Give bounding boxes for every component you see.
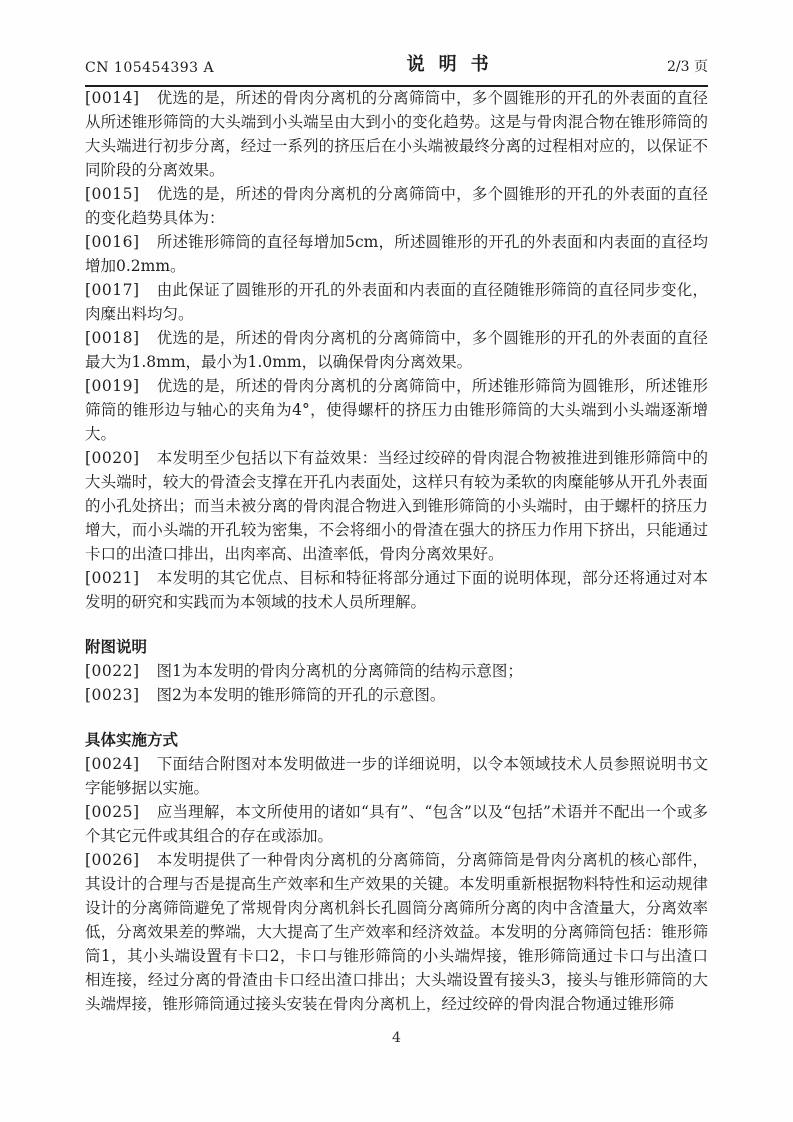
document-title: 说明书 <box>393 50 503 76</box>
paragraph-text: 优选的是，所述的骨肉分离机的分离筛筒中，所述锥形筛筒为圆锥形，所述锥形筛筒的锥形… <box>85 377 708 443</box>
paragraph-number: [0018] <box>85 326 140 350</box>
numbered-paragraph: [0025]应当理解，本文所使用的诸如“具有”、“包含”以及“包括”术语并不配出… <box>85 800 708 848</box>
paragraph-text: 图1为本发明的骨肉分离机的分离筛筒的结构示意图； <box>157 662 523 680</box>
numbered-paragraph: [0014]优选的是，所述的骨肉分离机的分离筛筒中，多个圆锥形的开孔的外表面的直… <box>85 86 708 182</box>
numbered-paragraph: [0015]优选的是，所述的骨肉分离机的分离筛筒中，多个圆锥形的开孔的外表面的直… <box>85 182 708 230</box>
paragraph-number: [0014] <box>85 86 140 110</box>
page-header: CN 105454393 A 说明书 2/3 页 <box>85 50 708 87</box>
paragraph-number: [0025] <box>85 800 140 824</box>
numbered-paragraph: [0020]本发明至少包括以下有益效果：当经过绞碎的骨肉混合物被推进到锥形筛筒中… <box>85 446 708 566</box>
paragraph-number: [0024] <box>85 752 140 776</box>
paragraph-text: 由此保证了圆锥形的开孔的外表面和内表面的直径随锥形筛筒的直径同步变化，肉糜出料均… <box>85 281 708 323</box>
paragraph-number: [0021] <box>85 566 140 590</box>
paragraph-number: [0020] <box>85 446 140 470</box>
paragraph-number: [0016] <box>85 230 140 254</box>
paragraph-number: [0026] <box>85 848 140 872</box>
paragraph-text: 本发明的其它优点、目标和特征将部分通过下面的说明体现，部分还将通过对本发明的研究… <box>85 569 708 611</box>
numbered-paragraph: [0017]由此保证了圆锥形的开孔的外表面和内表面的直径随锥形筛筒的直径同步变化… <box>85 278 708 326</box>
paragraph-text: 所述锥形筛筒的直径每增加5cm，所述圆锥形的开孔的外表面和内表面的直径均增加0.… <box>85 233 708 275</box>
paragraph-number: [0019] <box>85 374 140 398</box>
section-heading: 具体实施方式 <box>85 728 708 752</box>
paragraph-text: 优选的是，所述的骨肉分离机的分离筛筒中，多个圆锥形的开孔的外表面的直径的变化趋势… <box>85 185 708 227</box>
paragraph-number: [0022] <box>85 659 140 683</box>
paragraph-text: 下面结合附图对本发明做进一步的详细说明，以令本领域技术人员参照说明书文字能够据以… <box>85 755 708 797</box>
paragraph-text: 优选的是，所述的骨肉分离机的分离筛筒中，多个圆锥形的开孔的外表面的直径从所述锥形… <box>85 89 708 179</box>
patent-specification-page: CN 105454393 A 说明书 2/3 页 [0014]优选的是，所述的骨… <box>0 0 793 1122</box>
numbered-paragraph: [0018]优选的是，所述的骨肉分离机的分离筛筒中，多个圆锥形的开孔的外表面的直… <box>85 326 708 374</box>
numbered-paragraph: [0024]下面结合附图对本发明做进一步的详细说明，以令本领域技术人员参照说明书… <box>85 752 708 800</box>
page-indicator: 2/3 页 <box>667 56 708 76</box>
numbered-paragraph: [0023]图2为本发明的锥形筛筒的开孔的示意图。 <box>85 683 708 707</box>
paragraph-number: [0023] <box>85 683 140 707</box>
numbered-paragraph: [0019]优选的是，所述的骨肉分离机的分离筛筒中，所述锥形筛筒为圆锥形，所述锥… <box>85 374 708 446</box>
numbered-paragraph: [0026]本发明提供了一种骨肉分离机的分离筛筒，分离筛筒是骨肉分离机的核心部件… <box>85 848 708 1016</box>
paragraph-text: 优选的是，所述的骨肉分离机的分离筛筒中，多个圆锥形的开孔的外表面的直径最大为1.… <box>85 329 708 371</box>
paragraph-number: [0017] <box>85 278 140 302</box>
paragraph-text: 应当理解，本文所使用的诸如“具有”、“包含”以及“包括”术语并不配出一个或多个其… <box>85 803 708 845</box>
numbered-paragraph: [0021]本发明的其它优点、目标和特征将部分通过下面的说明体现，部分还将通过对… <box>85 566 708 614</box>
document-body: [0014]优选的是，所述的骨肉分离机的分离筛筒中，多个圆锥形的开孔的外表面的直… <box>85 86 708 1016</box>
paragraph-number: [0015] <box>85 182 140 206</box>
paragraph-text: 本发明至少包括以下有益效果：当经过绞碎的骨肉混合物被推进到锥形筛筒中的大头端时，… <box>85 449 708 563</box>
numbered-paragraph: [0022]图1为本发明的骨肉分离机的分离筛筒的结构示意图； <box>85 659 708 683</box>
paragraph-text: 本发明提供了一种骨肉分离机的分离筛筒，分离筛筒是骨肉分离机的核心部件，其设计的合… <box>85 851 708 1013</box>
document-number: CN 105454393 A <box>85 60 214 76</box>
paragraph-text: 图2为本发明的锥形筛筒的开孔的示意图。 <box>157 686 446 704</box>
section-heading: 附图说明 <box>85 635 708 659</box>
numbered-paragraph: [0016]所述锥形筛筒的直径每增加5cm，所述圆锥形的开孔的外表面和内表面的直… <box>85 230 708 278</box>
footer-page-number: 4 <box>0 1030 793 1046</box>
